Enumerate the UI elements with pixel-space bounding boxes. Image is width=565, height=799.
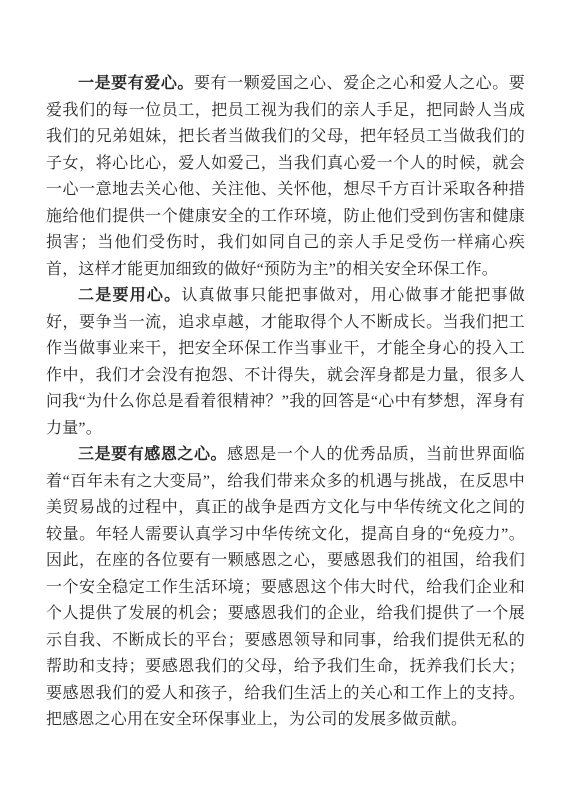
page: 一是要有爱心。要有一颗爱国之心、爱企之心和爱人之心。要爱我们的每一位员工，把员工… bbox=[0, 0, 565, 799]
paragraph-dedication: 二是要用心。认真做事只能把事做对，用心做事才能把事做好，要争当一流，追求卓越，才… bbox=[46, 283, 525, 442]
document-body: 一是要有爱心。要有一颗爱国之心、爱企之心和爱人之心。要爱我们的每一位员工，把员工… bbox=[46, 71, 525, 734]
paragraph-dedication-lead: 二是要用心。 bbox=[78, 287, 181, 304]
paragraph-gratitude: 三是要有感恩之心。感恩是一个人的优秀品质，当前世界面临着“百年未有之大变局”，给… bbox=[46, 442, 525, 734]
paragraph-love-body: 要有一颗爱国之心、爱企之心和爱人之心。要爱我们的每一位员工，把员工视为我们的亲人… bbox=[46, 75, 525, 278]
paragraph-gratitude-body: 感恩是一个人的优秀品质，当前世界面临着“百年未有之大变局”，给我们带来众多的机遇… bbox=[46, 446, 525, 728]
paragraph-gratitude-lead: 三是要有感恩之心。 bbox=[78, 446, 227, 463]
document-page: { "page": { "background_color": "#ffffff… bbox=[0, 0, 565, 799]
paragraph-dedication-body: 认真做事只能把事做对，用心做事才能把事做好，要争当一流，追求卓越，才能取得个人不… bbox=[46, 287, 525, 437]
paragraph-love-lead: 一是要有爱心。 bbox=[78, 75, 194, 92]
paragraph-love: 一是要有爱心。要有一颗爱国之心、爱企之心和爱人之心。要爱我们的每一位员工，把员工… bbox=[46, 71, 525, 283]
